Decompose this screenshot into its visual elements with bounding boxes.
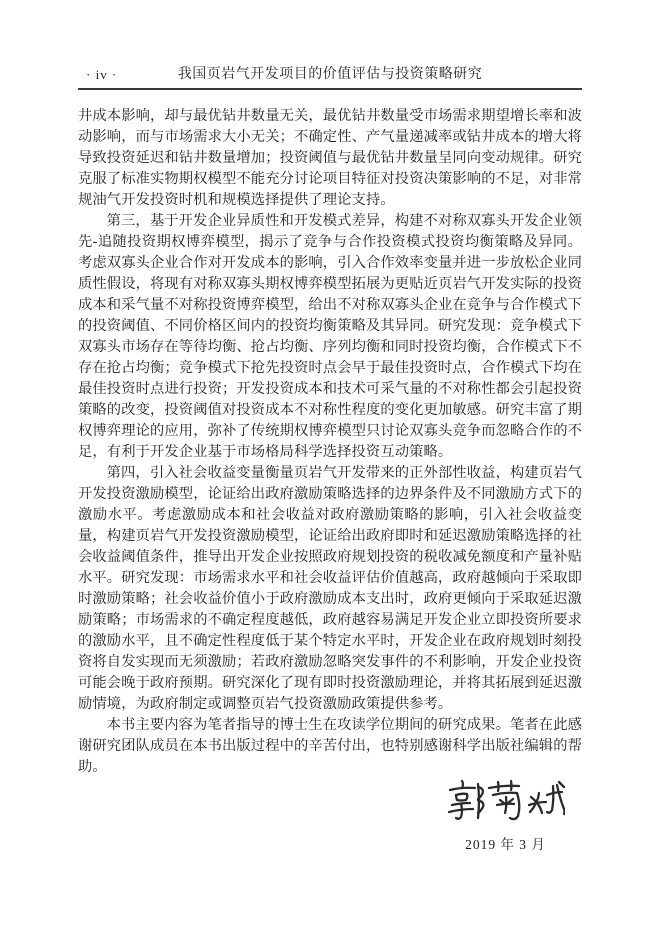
- book-title: 我国页岩气开发项目的价值评估与投资策略研究: [78, 63, 582, 83]
- page-header: · iv · 我国页岩气开发项目的价值评估与投资策略研究: [78, 62, 582, 90]
- paragraph-third-point: 第三，基于开发企业异质性和开发模式差异，构建不对称双寡头开发企业领先-追随投资期…: [78, 211, 582, 463]
- signature-block: 2019 年 3 月: [418, 778, 593, 853]
- book-page: · iv · 我国页岩气开发项目的价值评估与投资策略研究 井成本影响，却与最优钻…: [0, 0, 661, 925]
- paragraph-fourth-point: 第四，引入社会收益变量衡量页岩气开发带来的正外部性收益，构建页岩气开发投资激励模…: [78, 463, 582, 715]
- signature-handwriting: [447, 778, 565, 830]
- signature-date: 2019 年 3 月: [465, 833, 546, 853]
- body-text: 井成本影响，却与最优钻井数量无关，最优钻井数量受市场需求期望增长率和波动影响，而…: [78, 106, 582, 778]
- paragraph-acknowledgement: 本书主要内容为笔者指导的博士生在攻读学位期间的研究成果。笔者在此感谢研究团队成员…: [78, 715, 582, 778]
- paragraph-continuation: 井成本影响，却与最优钻井数量无关，最优钻井数量受市场需求期望增长率和波动影响，而…: [78, 106, 582, 211]
